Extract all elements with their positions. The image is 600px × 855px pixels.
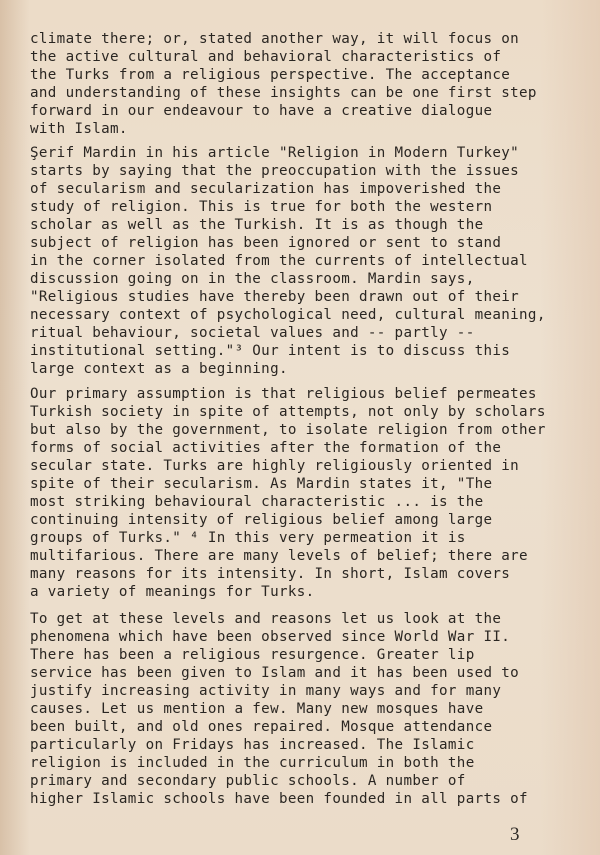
text-line: phenomena which have been observed since… — [30, 628, 528, 646]
text-line: the Turks from a religious perspective. … — [30, 66, 537, 84]
text-line: ritual behaviour, societal values and --… — [30, 324, 546, 342]
text-line: institutional setting."³ Our intent is t… — [30, 342, 546, 360]
text-line: groups of Turks." ⁴ In this very permeat… — [30, 529, 546, 547]
text-line: There has been a religious resurgence. G… — [30, 646, 528, 664]
text-line: study of religion. This is true for both… — [30, 198, 546, 216]
text-line: continuing intensity of religious belief… — [30, 511, 546, 529]
text-line: and understanding of these insights can … — [30, 84, 537, 102]
text-line: spite of their secularism. As Mardin sta… — [30, 475, 546, 493]
text-line: the active cultural and behavioral chara… — [30, 48, 537, 66]
text-line: with Islam. — [30, 120, 537, 138]
text-line: necessary context of psychological need,… — [30, 306, 546, 324]
text-line: subject of religion has been ignored or … — [30, 234, 546, 252]
text-line: a variety of meanings for Turks. — [30, 583, 546, 601]
text-line: forms of social activities after the for… — [30, 439, 546, 457]
text-line: primary and secondary public schools. A … — [30, 772, 528, 790]
text-line: large context as a beginning. — [30, 360, 546, 378]
text-line: causes. Let us mention a few. Many new m… — [30, 700, 528, 718]
text-line: secular state. Turks are highly religiou… — [30, 457, 546, 475]
text-line: most striking behavioural characteristic… — [30, 493, 546, 511]
text-line: many reasons for its intensity. In short… — [30, 565, 546, 583]
text-line: but also by the government, to isolate r… — [30, 421, 546, 439]
text-line: "Religious studies have thereby been dra… — [30, 288, 546, 306]
text-line: in the corner isolated from the currents… — [30, 252, 546, 270]
text-line: justify increasing activity in many ways… — [30, 682, 528, 700]
text-line: multifarious. There are many levels of b… — [30, 547, 546, 565]
paragraph-2: Şerif Mardin in his article "Religion in… — [30, 144, 546, 378]
text-line: scholar as well as the Turkish. It is as… — [30, 216, 546, 234]
text-line: been built, and old ones repaired. Mosqu… — [30, 718, 528, 736]
text-line: starts by saying that the preoccupation … — [30, 162, 546, 180]
text-line: Şerif Mardin in his article "Religion in… — [30, 144, 546, 162]
text-line: service has been given to Islam and it h… — [30, 664, 528, 682]
text-line: Our primary assumption is that religious… — [30, 385, 546, 403]
text-line: of secularism and secularization has imp… — [30, 180, 546, 198]
paragraph-3: Our primary assumption is that religious… — [30, 385, 546, 601]
text-line: To get at these levels and reasons let u… — [30, 610, 528, 628]
page-number: 3 — [510, 824, 520, 846]
paragraph-4: To get at these levels and reasons let u… — [30, 610, 528, 808]
text-line: Turkish society in spite of attempts, no… — [30, 403, 546, 421]
text-line: religion is included in the curriculum i… — [30, 754, 528, 772]
text-line: forward in our endeavour to have a creat… — [30, 102, 537, 120]
text-line: particularly on Fridays has increased. T… — [30, 736, 528, 754]
document-page: climate there; or, stated another way, i… — [0, 0, 600, 855]
text-line: discussion going on in the classroom. Ma… — [30, 270, 546, 288]
text-line: higher Islamic schools have been founded… — [30, 790, 528, 808]
paragraph-1: climate there; or, stated another way, i… — [30, 30, 537, 138]
text-line: climate there; or, stated another way, i… — [30, 30, 537, 48]
